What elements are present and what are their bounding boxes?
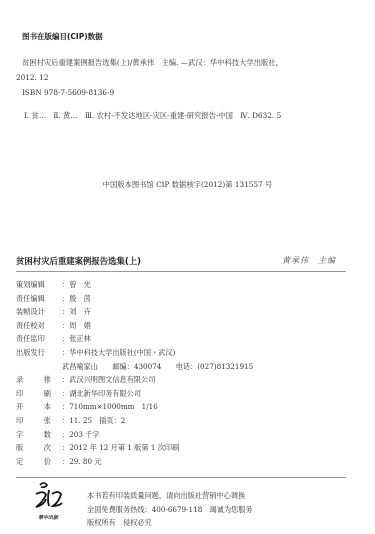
credit-row: 装帧设计：刘 卉 — [16, 305, 253, 319]
publisher-logo-caption: 華中出版 — [30, 514, 66, 521]
credit-value: ：张正林 — [62, 332, 91, 346]
credit-row: 版次：2012 年 12 月第 1 版第 1 次印刷 — [16, 441, 253, 455]
credit-row: 策划编辑：曾 光 — [16, 278, 253, 292]
credit-label: 装帧设计 — [16, 305, 62, 319]
credit-label-char: 录 — [16, 373, 23, 387]
cip-classification: Ⅰ. 贫… Ⅱ. 黄… Ⅲ. 农村-不发达地区-灾区-重建-研究报告-中国 Ⅳ.… — [24, 111, 281, 121]
credit-label: 策划编辑 — [16, 278, 62, 292]
cip-heading: 图书在版编目(CIP)数据 — [22, 31, 103, 42]
footer-quality-notice: 本书若有印装质量问题，请向出版社营销中心调换 — [87, 489, 253, 503]
credit-row: 字数：203 千字 — [16, 428, 253, 442]
credit-label-char: 定 — [16, 455, 23, 469]
credit-row: 印刷：湖北新华印务有限公司 — [16, 387, 253, 401]
book-editor: 黄承伟 主编 — [282, 255, 336, 266]
divider-top — [16, 271, 346, 272]
credit-label-char: 印 — [16, 387, 23, 401]
credit-label: 责任编辑 — [16, 292, 62, 306]
credit-value: ：710mm×1000mm 1/16 — [62, 400, 158, 414]
credit-row: 定价：29. 80 元 — [16, 455, 253, 469]
divider-bottom — [16, 477, 346, 478]
credit-label: 字数 — [16, 428, 51, 442]
credit-value: ：湖北新华印务有限公司 — [62, 387, 141, 401]
credit-row: 开本：710mm×1000mm 1/16 — [16, 400, 253, 414]
credit-label: 印张 — [16, 414, 51, 428]
credit-row: 印张：11. 25 插页：2 — [16, 414, 253, 428]
credit-label: 定价 — [16, 455, 51, 469]
credit-row: 出版发行：华中科技大学出版社(中国・武汉) — [16, 346, 253, 360]
credit-label-char: 刷 — [44, 387, 51, 401]
cip-bibliographic-line: 贫困村灾后重建案例报告选集(上)/黄承伟 主编. —武汉：华中科技大学出版社， — [22, 58, 283, 68]
book-title: 贫困村灾后重建案例报告选集(上) — [16, 255, 141, 267]
credit-label-char: 价 — [44, 455, 51, 469]
credit-label-char: 次 — [44, 441, 51, 455]
credit-label-char: 版 — [16, 441, 23, 455]
credit-value: 武昌喻家山 邮编：430074 电话：(027)81321915 — [62, 360, 253, 374]
credit-row: 责任校对：周 娟 — [16, 319, 253, 333]
credit-value: ：武汉兴明图文信息有限公司 — [62, 373, 155, 387]
credit-value: ：曾 光 — [62, 278, 91, 292]
credit-value: ：刘 卉 — [62, 305, 91, 319]
footer-hotline: 全国免费服务热线：400-6679-118 竭诚为您服务 — [87, 503, 253, 517]
credit-value: ：29. 80 元 — [62, 455, 102, 469]
publisher-logo: 華中出版 — [30, 480, 66, 526]
credit-row: 责任监印：张正林 — [16, 332, 253, 346]
footer-copyright: 版权所有 侵权必究 — [87, 516, 253, 530]
credit-label-char: 字 — [16, 428, 23, 442]
credit-label-char: 张 — [44, 414, 51, 428]
credit-label: 责任监印 — [16, 332, 62, 346]
credit-value: ：华中科技大学出版社(中国・武汉) — [62, 346, 175, 360]
credit-label: 出版发行 — [16, 346, 62, 360]
cip-date-line: 2012. 12 — [16, 73, 49, 82]
credit-label-char: 本 — [44, 400, 51, 414]
credit-label: 责任校对 — [16, 319, 62, 333]
credit-label: 录排 — [16, 373, 51, 387]
publisher-logo-icon — [30, 480, 66, 514]
credit-value: ：殷 茵 — [62, 292, 91, 306]
credit-value: ：11. 25 插页：2 — [62, 414, 125, 428]
footer-notice: 本书若有印装质量问题，请向出版社营销中心调换 全国免费服务热线：400-6679… — [87, 489, 253, 530]
credit-label-char: 开 — [16, 400, 23, 414]
credit-label: 印刷 — [16, 387, 51, 401]
credit-label — [16, 360, 62, 374]
credit-value: ：2012 年 12 月第 1 版第 1 次印刷 — [62, 441, 179, 455]
credit-label-char: 排 — [44, 373, 51, 387]
credit-value: ：周 娟 — [62, 319, 91, 333]
credit-label: 版次 — [16, 441, 51, 455]
cip-number: 中国版本图书馆 CIP 数据核字(2012)第 131557 号 — [0, 180, 375, 190]
credit-label-char: 数 — [44, 428, 51, 442]
credits-list: 策划编辑：曾 光责任编辑：殷 茵装帧设计：刘 卉责任校对：周 娟责任监印：张正林… — [16, 278, 253, 468]
cip-isbn: ISBN 978-7-5609-8136-9 — [22, 88, 114, 97]
credit-value: ：203 千字 — [62, 428, 100, 442]
credit-row: 武昌喻家山 邮编：430074 电话：(027)81321915 — [16, 360, 253, 374]
credit-row: 责任编辑：殷 茵 — [16, 292, 253, 306]
credit-row: 录排：武汉兴明图文信息有限公司 — [16, 373, 253, 387]
credit-label-char: 印 — [16, 414, 23, 428]
credit-label: 开本 — [16, 400, 51, 414]
